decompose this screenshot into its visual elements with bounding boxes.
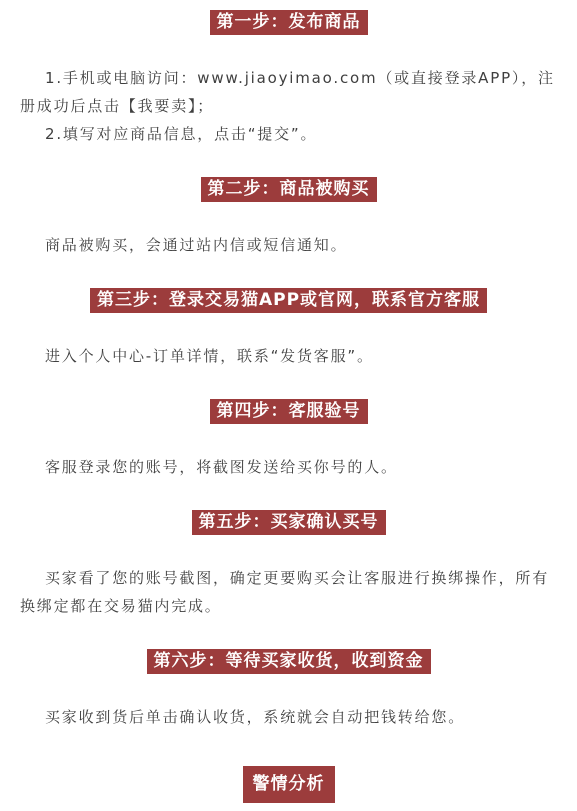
step-6-heading: 第六步：等待买家收货，收到资金 [147,649,431,674]
article-page: 第一步：发布商品 1.手机或电脑访问：www.jiaoyimao.com（或直接… [0,0,577,811]
step-5-heading: 第五步：买家确认买号 [192,510,386,535]
step-1-paragraph-1: 1.手机或电脑访问：www.jiaoyimao.com（或直接登录APP），注册… [20,64,557,120]
step-1-paragraph-2: 2.填写对应商品信息，点击“提交”。 [20,120,557,148]
step-4-paragraph-1: 客服登录您的账号，将截图发送给买你号的人。 [20,453,557,481]
step-2-heading: 第二步：商品被购买 [201,177,377,202]
step-3-paragraph-1: 进入个人中心-订单详情，联系“发货客服”。 [20,342,557,370]
step-2-header-row: 第二步：商品被购买 [20,177,557,202]
step-4-header-row: 第四步：客服验号 [20,399,557,424]
step-6-paragraph-1: 买家收到货后单击确认收货，系统就会自动把钱转给您。 [20,703,557,731]
step-6-header-row: 第六步：等待买家收货，收到资金 [20,649,557,674]
step-3-header-row: 第三步：登录交易猫APP或官网，联系官方客服 [20,288,557,313]
step-1-header-row: 第一步：发布商品 [20,10,557,35]
alert-analysis-row: 警情分析 [20,766,557,803]
step-5-paragraph-1: 买家看了您的账号截图，确定更要购买会让客服进行换绑操作，所有换绑定都在交易猫内完… [20,564,557,620]
step-5-header-row: 第五步：买家确认买号 [20,510,557,535]
alert-analysis-heading: 警情分析 [243,766,335,803]
step-3-heading: 第三步：登录交易猫APP或官网，联系官方客服 [90,288,487,313]
step-2-paragraph-1: 商品被购买，会通过站内信或短信通知。 [20,231,557,259]
step-4-heading: 第四步：客服验号 [210,399,368,424]
step-1-heading: 第一步：发布商品 [210,10,368,35]
